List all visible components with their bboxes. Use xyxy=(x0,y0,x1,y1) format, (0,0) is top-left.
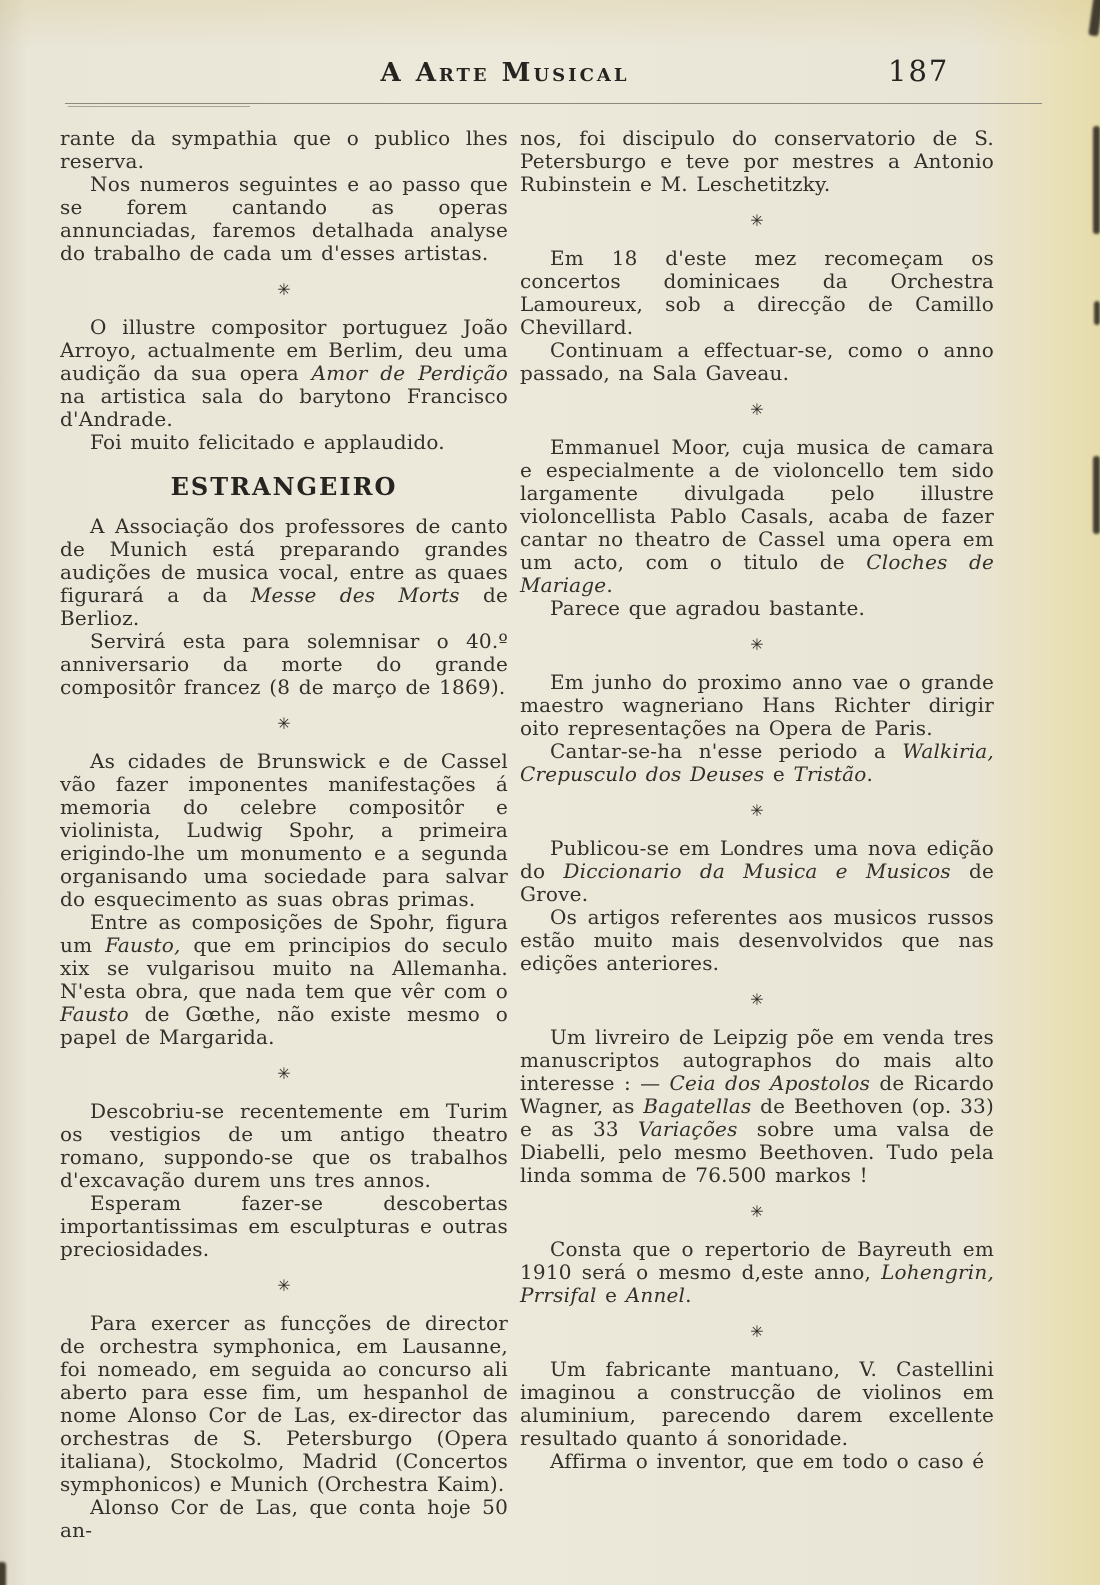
body-text: Cantar-se-ha n'esse periodo a xyxy=(550,739,902,763)
left-column: rante da sympathia que o publico lhes re… xyxy=(60,127,508,1542)
body-text: . xyxy=(866,762,873,786)
paragraph: Emmanuel Moor, cuja musica de camara e e… xyxy=(520,436,994,597)
paragraph: Nos numeros seguintes e ao passo que se … xyxy=(60,173,508,265)
italic-title-text: Fausto, xyxy=(105,933,180,957)
italic-title-text: Variações xyxy=(638,1117,738,1141)
italic-title-text: Fausto xyxy=(60,1002,129,1026)
paragraph: Em 18 d'este mez recomeçam os concertos … xyxy=(520,247,994,339)
body-text: Um fabricante mantuano, V. Castellini im… xyxy=(520,1357,994,1450)
body-text: na artistica sala do barytono Francisco … xyxy=(60,384,508,431)
body-text: e xyxy=(597,1283,626,1307)
header-rule-segment xyxy=(68,106,250,107)
italic-title-text: Lohengrin, xyxy=(881,1260,994,1284)
section-separator-asterisk: ✳ xyxy=(60,1274,508,1297)
body-text: Alonso Cor de Las, que conta hoje 50 an- xyxy=(60,1495,508,1542)
magazine-page: A Arte Musical 187 rante da sympathia qu… xyxy=(0,0,1100,1585)
section-separator-asterisk: ✳ xyxy=(520,398,994,421)
paragraph: Parece que agradou bastante. xyxy=(520,597,994,620)
paragraph: Foi muito felicitado e applaudido. xyxy=(60,431,508,454)
body-text: . xyxy=(606,573,613,597)
paragraph: As cidades de Brunswick e de Cassel vão … xyxy=(60,750,508,911)
body-text: Descobriu-se recentemente em Turim os ve… xyxy=(60,1099,508,1192)
journal-title: A Arte Musical xyxy=(380,58,629,88)
paragraph: Para exercer as funcções de director de … xyxy=(60,1312,508,1496)
scan-edge-mark xyxy=(1093,126,1100,234)
scan-edge-mark xyxy=(0,1562,6,1585)
body-text: Os artigos referentes aos musicos russos… xyxy=(520,905,994,975)
text-columns: rante da sympathia que o publico lhes re… xyxy=(60,127,994,1542)
italic-title-text: Ceia dos Apostolos xyxy=(670,1071,871,1095)
paragraph: Em junho do proximo anno vae o grande ma… xyxy=(520,671,994,740)
paragraph: Os artigos referentes aos musicos russos… xyxy=(520,906,994,975)
body-text: Para exercer as funcções de director de … xyxy=(60,1311,508,1496)
body-text: Parece que agradou bastante. xyxy=(550,596,865,620)
paragraph: Entre as composições de Spohr, figura um… xyxy=(60,911,508,1049)
section-separator-asterisk: ✳ xyxy=(520,1200,994,1223)
paragraph: Consta que o repertorio de Bayreuth em 1… xyxy=(520,1238,994,1307)
section-separator-asterisk: ✳ xyxy=(60,712,508,735)
section-separator-asterisk: ✳ xyxy=(520,1320,994,1343)
paragraph: Descobriu-se recentemente em Turim os ve… xyxy=(60,1100,508,1192)
paragraph: Um fabricante mantuano, V. Castellini im… xyxy=(520,1358,994,1450)
section-separator-asterisk: ✳ xyxy=(520,209,994,232)
italic-title-text: Walkiria, xyxy=(902,739,994,763)
section-heading: ESTRANGEIRO xyxy=(60,475,508,498)
section-separator-asterisk: ✳ xyxy=(520,988,994,1011)
section-separator-asterisk: ✳ xyxy=(520,799,994,822)
body-text: Foi muito felicitado e applaudido. xyxy=(90,430,445,454)
paragraph: O illustre compositor portuguez João Arr… xyxy=(60,316,508,431)
section-separator-asterisk: ✳ xyxy=(520,633,994,656)
paragraph: Alonso Cor de Las, que conta hoje 50 an- xyxy=(60,1496,508,1542)
body-text: Servirá esta para solemnisar o 40.º anni… xyxy=(60,629,508,699)
paragraph: Cantar-se-ha n'esse periodo a Walkiria, … xyxy=(520,740,994,786)
body-text: rante da sympathia que o publico lhes re… xyxy=(60,126,508,173)
scan-edge-mark xyxy=(1093,456,1100,534)
paragraph: Publicou-se em Londres uma nova edição d… xyxy=(520,837,994,906)
italic-title-text: Bagatellas xyxy=(643,1094,751,1118)
paragraph: Um livreiro de Leipzig põe em venda tres… xyxy=(520,1026,994,1187)
paragraph: rante da sympathia que o publico lhes re… xyxy=(60,127,508,173)
scan-edge-mark xyxy=(1088,0,1100,37)
body-text: As cidades de Brunswick e de Cassel vão … xyxy=(60,749,508,911)
italic-title-text: Tristão xyxy=(793,762,866,786)
italic-title-text: Amor de Perdição xyxy=(312,361,508,385)
header-rule xyxy=(65,103,1042,104)
body-text: Affirma o inventor, que em todo o caso é xyxy=(550,1449,984,1473)
body-text: e xyxy=(764,762,793,786)
scan-edge-mark xyxy=(1094,301,1100,325)
italic-title-text: Annel xyxy=(626,1283,685,1307)
paragraph: Affirma o inventor, que em todo o caso é xyxy=(520,1450,994,1473)
italic-title-text: Messe des Morts xyxy=(251,583,460,607)
section-separator-asterisk: ✳ xyxy=(60,1062,508,1085)
italic-title-text: Crepusculo dos Deuses xyxy=(520,762,764,786)
italic-title-text: Prrsifal xyxy=(520,1283,597,1307)
body-text: Em junho do proximo anno vae o grande ma… xyxy=(520,670,994,740)
body-text: Em 18 d'este mez recomeçam os concertos … xyxy=(520,246,994,339)
paragraph: Continuam a effectuar-se, como o anno pa… xyxy=(520,339,994,385)
section-separator-asterisk: ✳ xyxy=(60,278,508,301)
italic-title-text: Diccionario da Musica e Musicos xyxy=(563,859,950,883)
right-column: nos, foi discipulo do conservatorio de S… xyxy=(520,127,994,1542)
paragraph: Esperam fazer-se descobertas importantis… xyxy=(60,1192,508,1261)
page-number: 187 xyxy=(888,54,949,88)
body-text: . xyxy=(685,1283,692,1307)
paragraph: Servirá esta para solemnisar o 40.º anni… xyxy=(60,630,508,699)
paragraph: nos, foi discipulo do conservatorio de S… xyxy=(520,127,994,196)
body-text: Continuam a effectuar-se, como o anno pa… xyxy=(520,338,994,385)
body-text: Nos numeros seguintes e ao passo que se … xyxy=(60,172,508,265)
paragraph: A Associação dos professores de canto de… xyxy=(60,515,508,630)
body-text: Esperam fazer-se descobertas importantis… xyxy=(60,1191,508,1261)
body-text: nos, foi discipulo do conservatorio de S… xyxy=(520,126,994,196)
